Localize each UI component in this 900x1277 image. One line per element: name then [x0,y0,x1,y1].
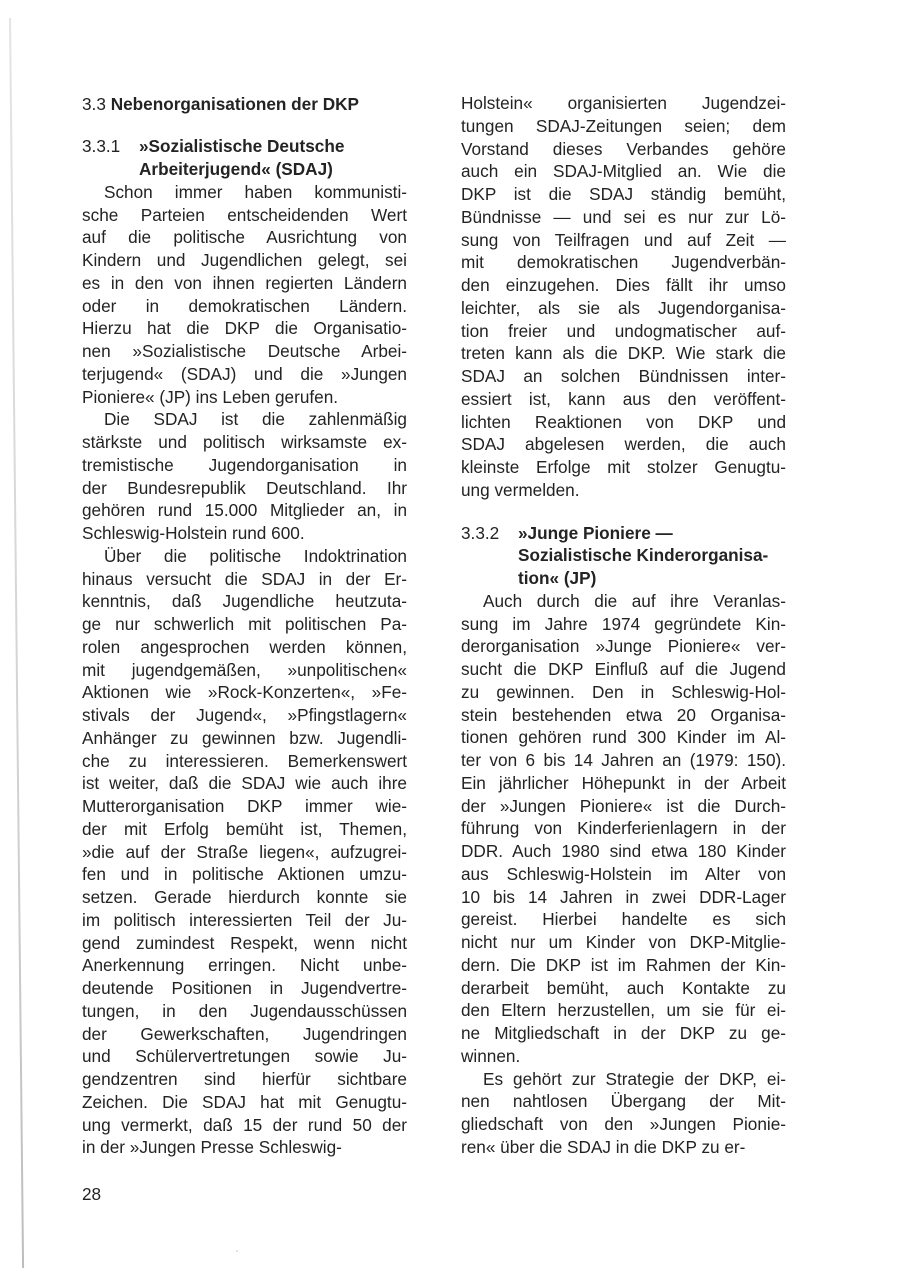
subsection-title-line: Sozialistische Kinderorganisa- [518,544,786,567]
text-line: gliedschaft von den »Jungen Pionie- [461,1113,786,1136]
text-line: DKP ist die SDAJ ständig bemüht, [461,183,786,206]
text-line: dern. Die DKP ist im Rahmen der Kin- [461,954,786,977]
text-line: der mit Erfolg bemüht ist, Themen, [82,818,407,841]
text-line: oder in demokratischen Ländern. [82,295,407,318]
text-line: Mutterorganisation DKP immer wie- [82,795,407,818]
text-line: ung vermelden. [461,479,786,502]
text-line: tremistische Jugendorganisation in [82,454,407,477]
text-line: Die SDAJ ist die zahlenmäßig [82,408,407,431]
text-line: 10 bis 14 Jahren in zwei DDR-Lager [461,886,786,909]
text-line: ne Mitgliedschaft in der DKP zu ge- [461,1022,786,1045]
text-line: stivals der Jugend«, »Pfingstlagern« [82,704,407,727]
paragraph: Auch durch die auf ihre Veranlas-sung im… [461,590,786,1068]
text-line: der Bundesrepublik Deutschland. Ihr [82,477,407,500]
text-line: hinaus versucht die SDAJ in der Er- [82,568,407,591]
text-line: auch ein SDAJ-Mitglied an. Wie die [461,160,786,183]
text-line: winnen. [461,1045,786,1068]
text-line: tionen gehören rund 300 Kinder im Al- [461,726,786,749]
text-line: kleinste Erfolge mit stolzer Genugtu- [461,456,786,479]
text-line: Anerkennung erringen. Nicht unbe- [82,954,407,977]
paragraph: Die SDAJ ist die zahlenmäßigstärkste und… [82,408,407,545]
text-line: zu gewinnen. Den in Schleswig-Hol- [461,681,786,704]
text-line: ren« über die SDAJ in die DKP zu er- [461,1136,786,1159]
text-line: ter von 6 bis 14 Jahren an (1979: 150). [461,749,786,772]
text-line: Auch durch die auf ihre Veranlas- [461,590,786,613]
text-line: nen nahtlosen Übergang der Mit- [461,1090,786,1113]
text-line: gehören rund 15.000 Mitglieder an, in [82,499,407,522]
paragraph: Über die politische Indoktrinationhinaus… [82,545,407,1159]
text-line: deutende Positionen in Jugendvertre- [82,977,407,1000]
text-line: ist weiter, daß die SDAJ wie auch ihre [82,772,407,795]
text-line: Vorstand dieses Verbandes gehöre [461,138,786,161]
text-line: Über die politische Indoktrination [82,545,407,568]
text-line: Bündnisse — und sei es nur zur Lö- [461,206,786,229]
subsection-number: 3.3.2 [461,522,518,590]
subsection-title-line: »Sozialistische Deutsche [139,135,407,158]
text-line: stein bestehenden etwa 20 Organisa- [461,704,786,727]
text-line: essiert ist, kann aus den veröffent- [461,388,786,411]
subsection-title-line: Arbeiterjugend« (SDAJ) [139,158,407,181]
text-line: gereist. Hierbei handelte es sich [461,908,786,931]
text-line: fen und in politische Aktionen umzu- [82,863,407,886]
text-line: sung von Teilfragen und auf Zeit — [461,229,786,252]
page-number: 28 [82,1184,101,1205]
text-line: DDR. Auch 1980 sind etwa 180 Kinder [461,840,786,863]
text-line: »die auf der Straße liegen«, aufzugrei- [82,841,407,864]
scan-speck [236,1250,238,1252]
subsection-title-line: »Junge Pioniere — [518,522,786,545]
text-line: lichten Reaktionen von DKP und [461,411,786,434]
section-title: Nebenorganisationen der DKP [111,94,359,114]
text-line: treten kann als die DKP. Wie stark die [461,342,786,365]
text-line: in der »Jungen Presse Schleswig- [82,1136,407,1159]
section-number: 3.3 [82,94,106,114]
text-line: leichter, als sie als Jugendorganisa- [461,297,786,320]
text-line: Aktionen wie »Rock-Konzerten«, »Fe- [82,681,407,704]
page-binding-edge [9,18,24,1268]
text-line: aus Schleswig-Holstein im Alter von [461,863,786,886]
text-line: es in den von ihnen regierten Ländern [82,272,407,295]
text-line: tion freier und undogmatischer auf- [461,320,786,343]
text-line: setzen. Gerade hierdurch konnte sie [82,886,407,909]
text-line: den einzugehen. Dies fällt ihr umso [461,274,786,297]
paragraph: Schon immer haben kommunisti-sche Partei… [82,181,407,409]
text-line: Holstein« organisierten Jugendzei- [461,92,786,115]
text-line: rolen angesprochen werden können, [82,636,407,659]
subsection-title: »Sozialistische Deutsche Arbeiterjugend«… [139,135,407,181]
text-line: führung von Kinderferienlagern in der [461,817,786,840]
text-line: stärkste und politisch wirksamste ex- [82,431,407,454]
text-line: Anhänger zu gewinnen bzw. Jugendli- [82,727,407,750]
text-line: Es gehört zur Strategie der DKP, ei- [461,1068,786,1091]
paragraph: Es gehört zur Strategie der DKP, ei-nen … [461,1068,786,1159]
text-line: der Gewerkschaften, Jugendringen [82,1023,407,1046]
text-line: Pioniere« (JP) ins Leben gerufen. [82,386,407,409]
text-line: che zu interessieren. Bemerkenswert [82,750,407,773]
text-line: Schleswig-Holstein rund 600. [82,522,407,545]
text-line: auf die politische Ausrichtung von [82,226,407,249]
subsection-title-line: tion« (JP) [518,567,786,590]
text-line: ge nur schwerlich mit politischen Pa- [82,613,407,636]
text-line: terjugend« (SDAJ) und die »Jungen [82,363,407,386]
text-line: sche Parteien entscheidenden Wert [82,204,407,227]
text-line: und Schülervertretungen sowie Ju- [82,1045,407,1068]
text-line: tungen, in den Jugendausschüssen [82,1000,407,1023]
text-line: nen »Sozialistische Deutsche Arbei- [82,340,407,363]
text-line: SDAJ an solchen Bündnissen inter- [461,365,786,388]
text-line: derarbeit bemüht, auch Kontakte zu [461,977,786,1000]
text-line: sucht die DKP Einfluß auf die Jugend [461,658,786,681]
text-line: den Eltern herzustellen, um sie für ei- [461,999,786,1022]
subsection-heading-jp: 3.3.2 »Junge Pioniere — Sozialistische K… [461,522,786,590]
text-line: Ein jährlicher Höhepunkt in der Arbeit [461,772,786,795]
text-line: sung im Jahre 1974 gegründete Kin- [461,613,786,636]
right-column: Holstein« organisierten Jugendzei-tungen… [461,92,786,1159]
text-line: SDAJ abgelesen werden, die auch [461,433,786,456]
text-line: mit jugendgemäßen, »unpolitischen« [82,659,407,682]
text-line: ung vermerkt, daß 15 der rund 50 der [82,1114,407,1137]
text-line: der »Jungen Pioniere« ist die Durch- [461,795,786,818]
text-line: nicht nur um Kinder von DKP-Mitglie- [461,931,786,954]
subsection-heading-sdaj: 3.3.1 »Sozialistische Deutsche Arbeiterj… [82,135,407,181]
text-line: Zeichen. Die SDAJ hat mit Genugtu- [82,1091,407,1114]
text-line: gend zumindest Respekt, wenn nicht [82,932,407,955]
text-line: gendzentren sind hierfür sichtbare [82,1068,407,1091]
section-heading: 3.3 Nebenorganisationen der DKP [82,93,407,116]
text-line: Schon immer haben kommunisti- [82,181,407,204]
text-line: mit demokratischen Jugendverbän- [461,251,786,274]
text-line: kenntnis, daß Jugendliche heutzuta- [82,590,407,613]
subsection-number: 3.3.1 [82,135,139,181]
paragraph-continuation: Holstein« organisierten Jugendzei-tungen… [461,92,786,502]
text-line: Hierzu hat die DKP die Organisatio- [82,317,407,340]
text-line: im politisch interessierten Teil der Ju- [82,909,407,932]
text-line: derorganisation »Junge Pioniere« ver- [461,635,786,658]
left-column: 3.3 Nebenorganisationen der DKP 3.3.1 »S… [82,93,407,1159]
text-line: Kindern und Jugendlichen gelegt, sei [82,249,407,272]
subsection-title: »Junge Pioniere — Sozialistische Kindero… [518,522,786,590]
text-line: tungen SDAJ-Zeitungen seien; dem [461,115,786,138]
